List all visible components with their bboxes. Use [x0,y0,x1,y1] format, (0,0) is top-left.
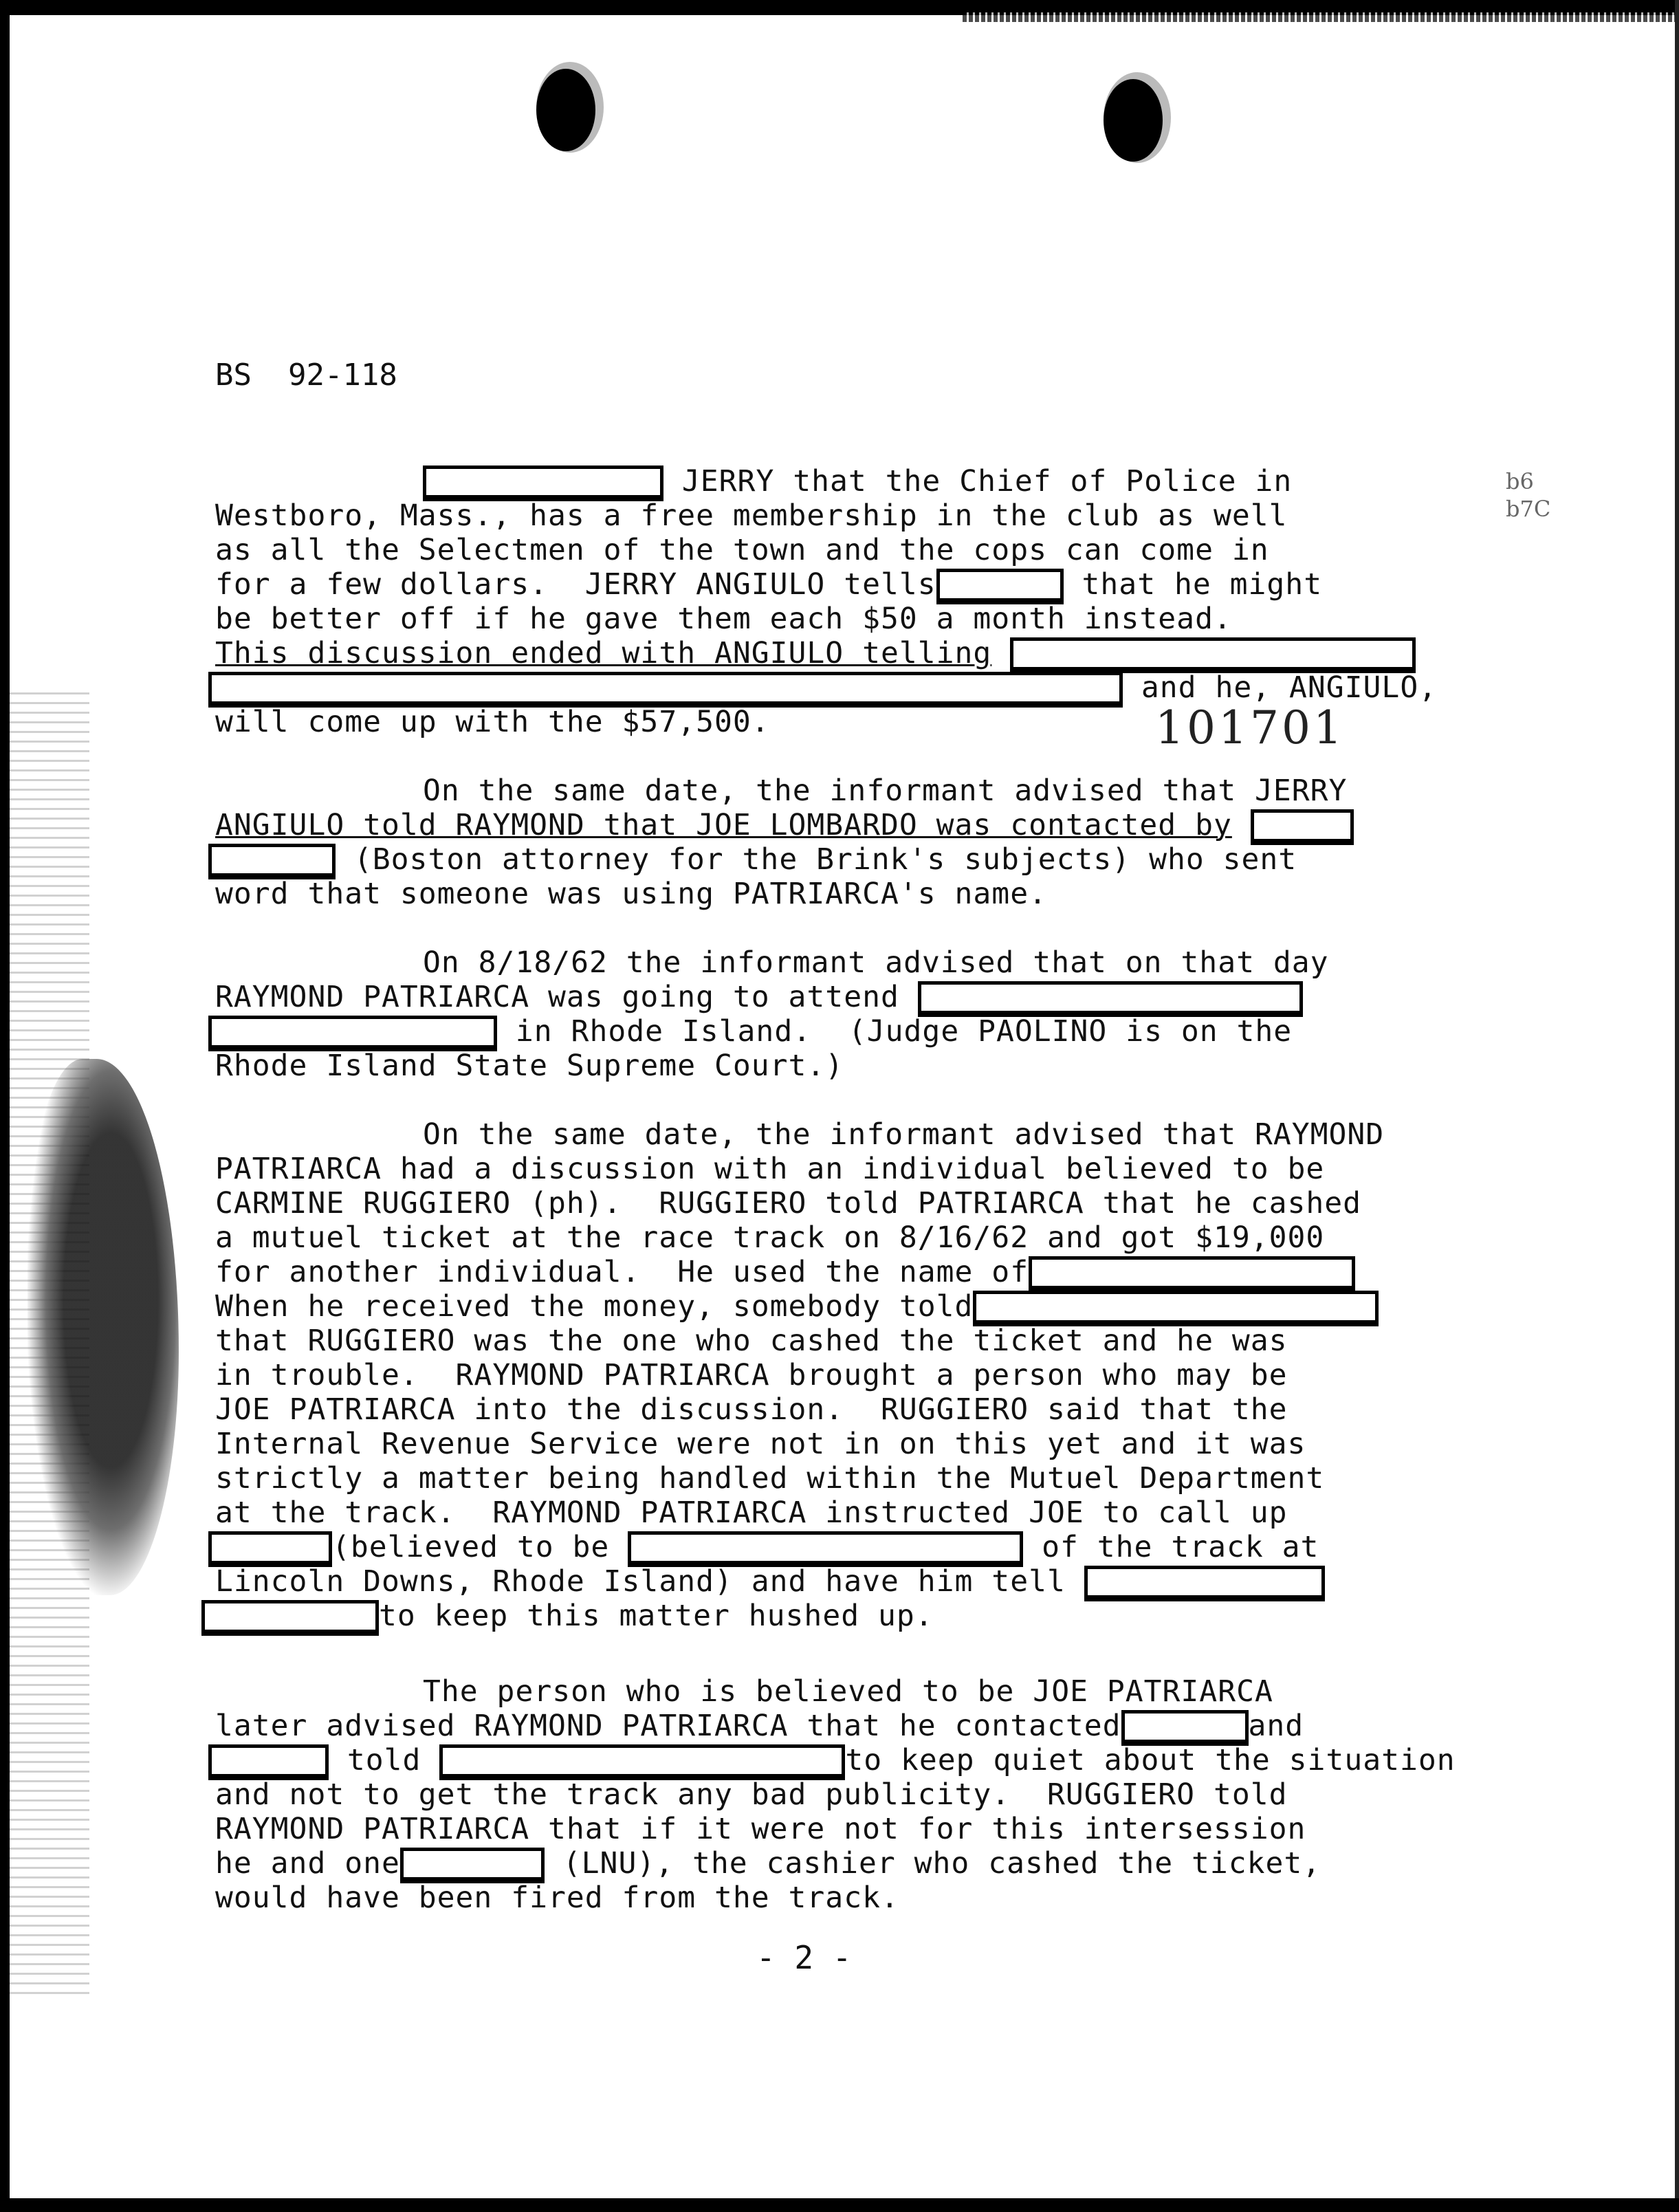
p5-line: RAYMOND PATRIARCA that if it were not fo… [215,1813,1306,1846]
redaction-box [628,1531,1023,1567]
p2-line: word that someone was using PATRIARCA's … [215,877,1047,910]
scan-right-edge [1675,0,1679,2212]
p1-line: be better off if he gave them each $50 a… [215,602,1232,635]
redaction-box [973,1291,1379,1326]
text: and he, ANGIULO, [1141,670,1437,705]
text: in Rhode Island. (Judge PAOLINO is on th… [516,1014,1292,1049]
text: When he received the money, somebody tol… [215,1289,973,1324]
p1-line: will come up with the $57,500. [215,705,770,738]
p4-line: a mutuel ticket at the race track on 8/1… [215,1221,1324,1254]
text: of the track at [1042,1530,1319,1564]
p4-line: CARMINE RUGGIERO (ph). RUGGIERO told PAT… [215,1187,1361,1220]
text: for another individual. He used the name… [215,1255,1029,1289]
p5-line: he and one (LNU), the cashier who cashed… [215,1847,1321,1883]
p4-line: PATRIARCA had a discussion with an indiv… [215,1152,1324,1185]
p3-line: Rhode Island State Supreme Court.) [215,1049,844,1082]
text: told [347,1743,421,1777]
file-number: BS 92-118 [215,358,397,393]
p3-line: On 8/18/62 the informant advised that on… [423,946,1329,979]
scan-top-edge-noise [963,12,1679,22]
redaction-box [439,1744,845,1780]
p1-line: JERRY that the Chief of Police in [423,465,1292,501]
redaction-box [208,1531,332,1567]
redaction-box [423,466,663,501]
p1-line: as all the Selectmen of the town and the… [215,534,1269,567]
p4-line: When he received the money, somebody tol… [215,1290,1379,1326]
p4-line: to keep this matter hushed up. [201,1599,934,1636]
serial-stamp: 101701 [1155,701,1345,754]
p1-line: Westboro, Mass., has a free membership i… [215,499,1288,532]
text: that he might [1082,567,1323,602]
p2-line: ANGIULO told RAYMOND that JOE LOMBARDO w… [215,809,1354,845]
p5-line: later advised RAYMOND PATRIARCA that he … [215,1709,1304,1746]
p2-line: (Boston attorney for the Brink's subject… [208,843,1297,879]
p4-line: strictly a matter being handled within t… [215,1462,1324,1495]
punch-hole-right [1104,79,1163,162]
text: JERRY that the Chief of Police in [682,464,1292,499]
p5-line: would have been fired from the track. [215,1881,899,1914]
scan-smudge [28,1059,179,1595]
exemption-code-b7c: b7C [1506,495,1550,523]
text: (Boston attorney for the Brink's subject… [354,842,1297,877]
redaction-box [1084,1566,1325,1601]
redaction-box [1010,637,1416,673]
exemption-codes: b6 b7C [1506,468,1550,523]
p3-line: in Rhode Island. (Judge PAOLINO is on th… [208,1015,1292,1051]
p4-line: Lincoln Downs, Rhode Island) and have hi… [215,1565,1325,1601]
exemption-code-b6: b6 [1506,468,1550,495]
text: and [1249,1709,1304,1743]
p1-line: and he, ANGIULO, [208,671,1437,708]
text: for a few dollars. JERRY ANGIULO tells [215,567,936,602]
text: he and one [215,1846,400,1881]
p3-line: RAYMOND PATRIARCA was going to attend [215,981,1303,1017]
redaction-box [400,1848,545,1883]
redaction-box [208,1016,497,1051]
redaction-box [208,844,336,879]
text: This discussion ended with ANGIULO telli… [215,636,991,670]
p2-line: On the same date, the informant advised … [423,774,1347,807]
p1-line: This discussion ended with ANGIULO telli… [215,637,1416,673]
redaction-box [201,1600,379,1636]
p5-line: and not to get the track any bad publici… [215,1778,1288,1811]
text: ANGIULO told RAYMOND that JOE LOMBARDO w… [215,808,1232,842]
redaction-box [208,672,1123,708]
p4-line: that RUGGIERO was the one who cashed the… [215,1324,1288,1357]
scanned-document-page: BS 92-118 b6 b7C 101701 JERRY that the C… [0,0,1679,2212]
scan-bottom-edge [0,2198,1679,2212]
p4-line: (believed to be of the track at [208,1531,1319,1567]
p4-line: at the track. RAYMOND PATRIARCA instruct… [215,1496,1288,1529]
redaction-box [1251,809,1354,845]
text: later advised RAYMOND PATRIARCA that he … [215,1709,1121,1743]
redaction-box [1121,1710,1249,1746]
p4-line: Internal Revenue Service were not in on … [215,1427,1306,1460]
redaction-box [936,569,1064,604]
p4-line: JOE PATRIARCA into the discussion. RUGGI… [215,1393,1288,1426]
redaction-box [1029,1256,1355,1292]
p4-line: On the same date, the informant advised … [423,1118,1384,1151]
redaction-box [918,981,1303,1017]
punch-hole-left [536,69,595,151]
text: (believed to be [332,1530,609,1564]
redaction-box [208,1744,329,1780]
p5-line: told to keep quiet about the situation [208,1744,1456,1780]
text: to keep quiet about the situation [845,1743,1455,1777]
text: Lincoln Downs, Rhode Island) and have hi… [215,1564,1066,1599]
text: (LNU), the cashier who cashed the ticket… [563,1846,1321,1881]
p4-line: for another individual. He used the name… [215,1256,1355,1292]
page-number: - 2 - [756,1939,851,1976]
text: RAYMOND PATRIARCA was going to attend [215,980,899,1014]
p4-line: in trouble. RAYMOND PATRIARCA brought a … [215,1359,1288,1392]
p5-line: The person who is believed to be JOE PAT… [423,1675,1273,1708]
text: to keep this matter hushed up. [379,1599,934,1633]
p1-line: for a few dollars. JERRY ANGIULO tells t… [215,568,1322,604]
